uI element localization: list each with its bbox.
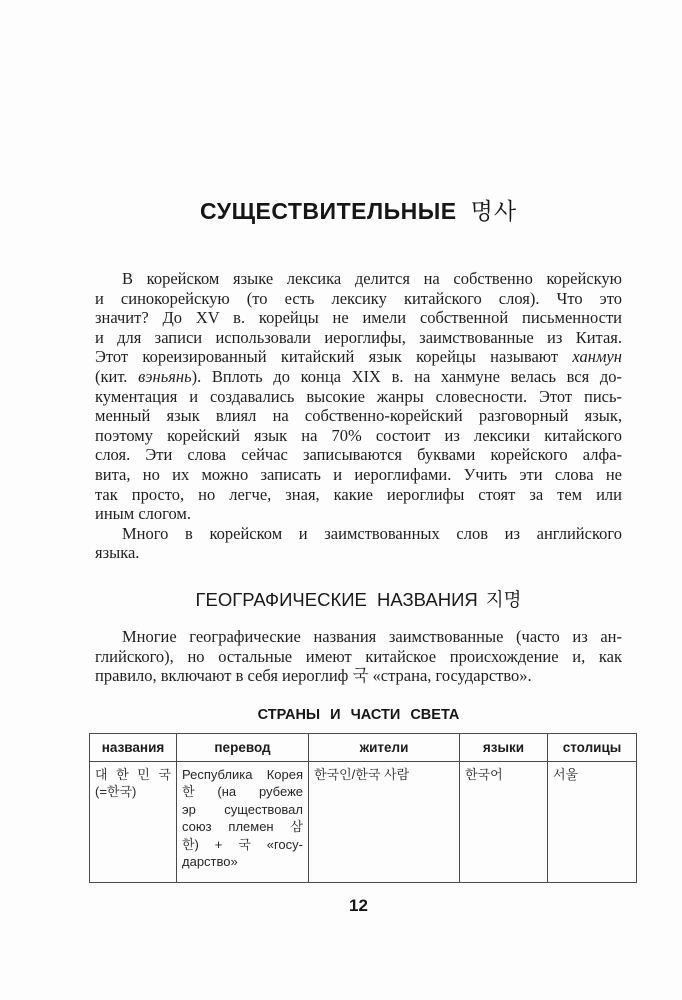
text-line: союз племен 삼 [182, 818, 303, 836]
cell-capitals: 서울 [548, 761, 637, 882]
cell-translation: Республика Корея한 (на рубежеэр существов… [177, 761, 309, 882]
text-line: (кит. вэньянь). Вплоть до конца XIX в. н… [95, 367, 622, 387]
countries-table: названия перевод жители языки столицы 대 … [89, 733, 637, 883]
text-line: иным слогом. [95, 504, 622, 524]
text-line: вита, но их можно записать и иероглифами… [95, 465, 622, 485]
geo-paragraph: Многие географические названия заимствов… [95, 627, 622, 686]
page-title-russian: СУЩЕСТВИТЕЛЬНЫЕ [200, 198, 457, 224]
text-line: Этот кореизированный китайский язык коре… [95, 347, 622, 367]
text-line: 대 한 민 국 [95, 766, 171, 784]
table-caption: СТРАНЫ И ЧАСТИ СВЕТА [95, 707, 622, 724]
col-header-residents: жители [309, 733, 460, 761]
text-line: поэтому корейский язык на 70% состоит из… [95, 426, 622, 446]
text-line: правило, включают в себя иероглиф 국 «стр… [95, 666, 622, 686]
col-header-capitals: столицы [548, 733, 637, 761]
countries-table-head: названия перевод жители языки столицы [90, 733, 637, 761]
text-line: слоя. Эти слова сейчас записываются букв… [95, 445, 622, 465]
page-title-korean: 명사 [471, 199, 517, 224]
text-line: 한국인/한국 사람 [314, 766, 454, 784]
text-line: Республика Корея [182, 766, 303, 784]
cell-residents: 한국인/한국 사람 [309, 761, 460, 882]
col-header-names: названия [90, 733, 177, 761]
text-line: дарство» [182, 853, 303, 871]
text-line: и для записи использовали иероглифы, заи… [95, 328, 622, 348]
section-title-korean: 지명 [486, 591, 522, 611]
text-line: менный язык влиял на собственно-корейски… [95, 406, 622, 426]
intro-paragraph-1: В корейском языке лексика делится на соб… [95, 269, 622, 524]
col-header-translation: перевод [177, 733, 309, 761]
header-row: названия перевод жители языки столицы [90, 733, 637, 761]
text-line: Много в корейском и заимствованных слов … [95, 524, 622, 544]
text-line: значит? До XV в. корейцы не имели собств… [95, 308, 622, 328]
text-line: 서울 [553, 766, 631, 784]
book-page: СУЩЕСТВИТЕЛЬНЫЕ명사 В корейском языке лекс… [0, 0, 682, 1000]
text-line: В корейском языке лексика делится на соб… [95, 269, 622, 289]
countries-table-body: 대 한 민 국(=한국) Республика Корея한 (на рубеж… [90, 761, 637, 882]
text-line: так просто, но легче, зная, какие иерогл… [95, 485, 622, 505]
text-line: и синокорейскую (то есть лексику китайск… [95, 289, 622, 309]
intro-paragraph-2: Много в корейском и заимствованных слов … [95, 524, 622, 563]
text-line: эр существовал [182, 801, 303, 819]
section-title-russian: ГЕОГРАФИЧЕСКИЕ НАЗВАНИЯ [195, 589, 477, 610]
text-line: глийского), но остальные имеют китайское… [95, 647, 622, 667]
text-line: 한) + 국 «госу- [182, 836, 303, 854]
text-line: кументация и создавались высокие жанры с… [95, 387, 622, 407]
table-row: 대 한 민 국(=한국) Республика Корея한 (на рубеж… [90, 761, 637, 882]
page-content: СУЩЕСТВИТЕЛЬНЫЕ명사 В корейском языке лекс… [95, 0, 622, 916]
col-header-languages: языки [460, 733, 548, 761]
page-number: 12 [95, 896, 622, 916]
text-line: 한국어 [465, 766, 542, 784]
cell-names: 대 한 민 국(=한국) [90, 761, 177, 882]
page-title: СУЩЕСТВИТЕЛЬНЫЕ명사 [95, 198, 622, 225]
text-line: языка. [95, 543, 622, 563]
cell-languages: 한국어 [460, 761, 548, 882]
section-title-geographic-names: ГЕОГРАФИЧЕСКИЕ НАЗВАНИЯ지명 [95, 589, 622, 612]
text-line: 한 (на рубеже [182, 783, 303, 801]
text-line: (=한국) [95, 783, 171, 801]
text-line: Многие географические названия заимствов… [95, 627, 622, 647]
